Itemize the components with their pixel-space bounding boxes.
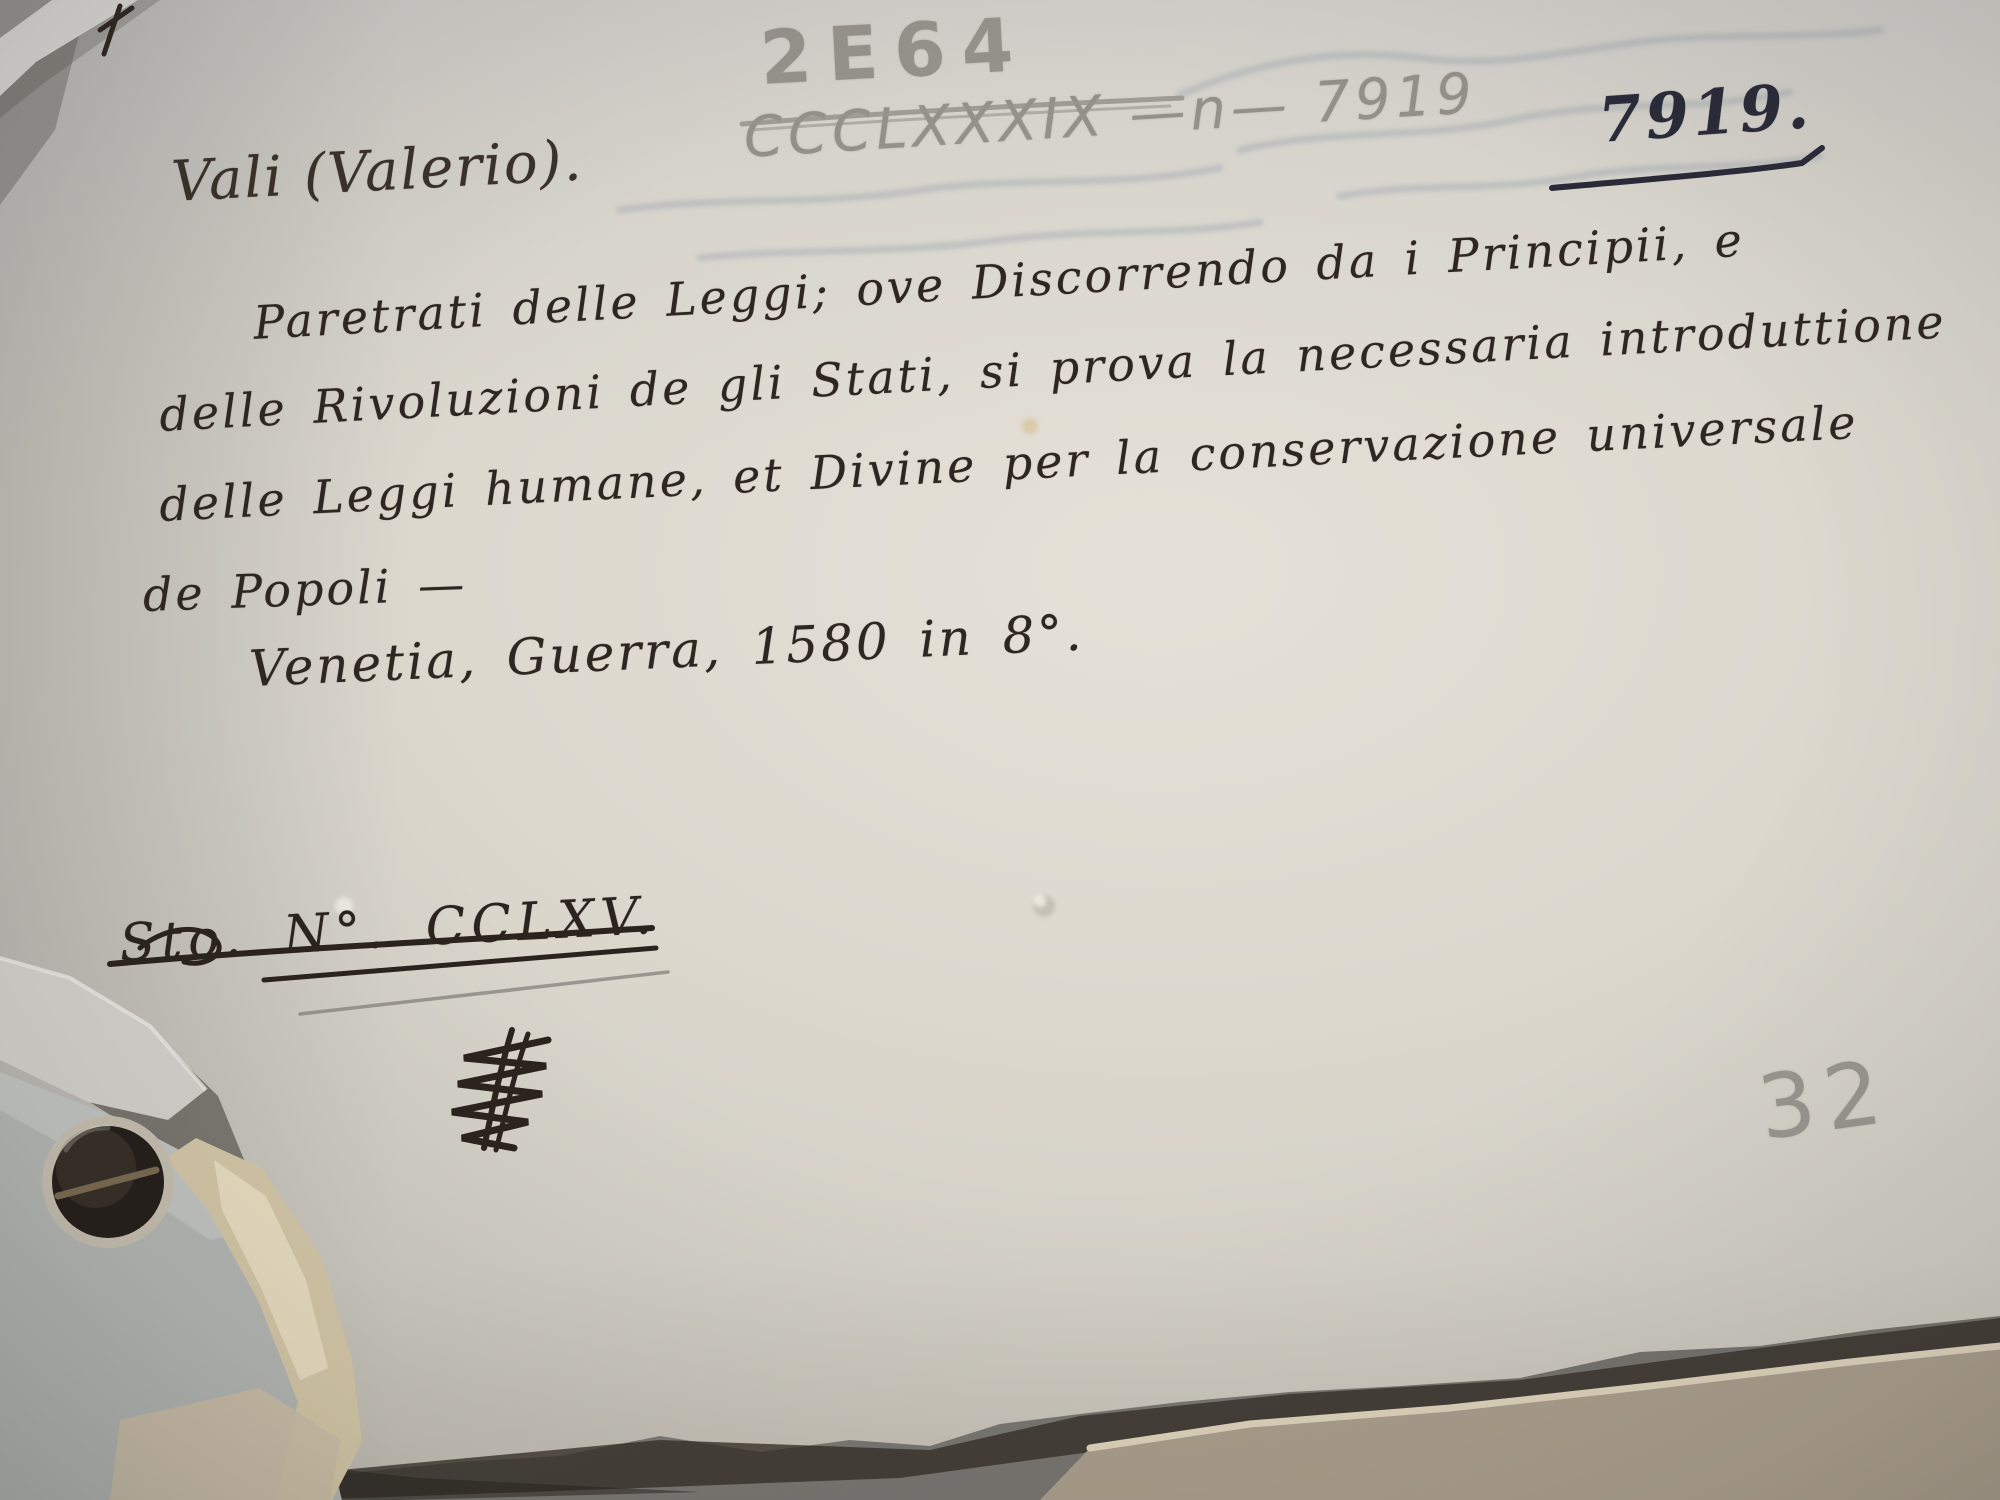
binding-screw-icon xyxy=(42,1116,174,1248)
strike-lines xyxy=(110,928,656,980)
torn-paper-stack xyxy=(0,958,362,1500)
entry-number-underline xyxy=(1552,148,1822,188)
shelfmark-underline xyxy=(742,98,1182,130)
corner-slip xyxy=(0,0,160,118)
cancelled-pencil-underline xyxy=(300,972,668,1014)
ink-scribble xyxy=(452,1030,548,1150)
marks-and-torn-paper-layer xyxy=(0,0,2000,1500)
